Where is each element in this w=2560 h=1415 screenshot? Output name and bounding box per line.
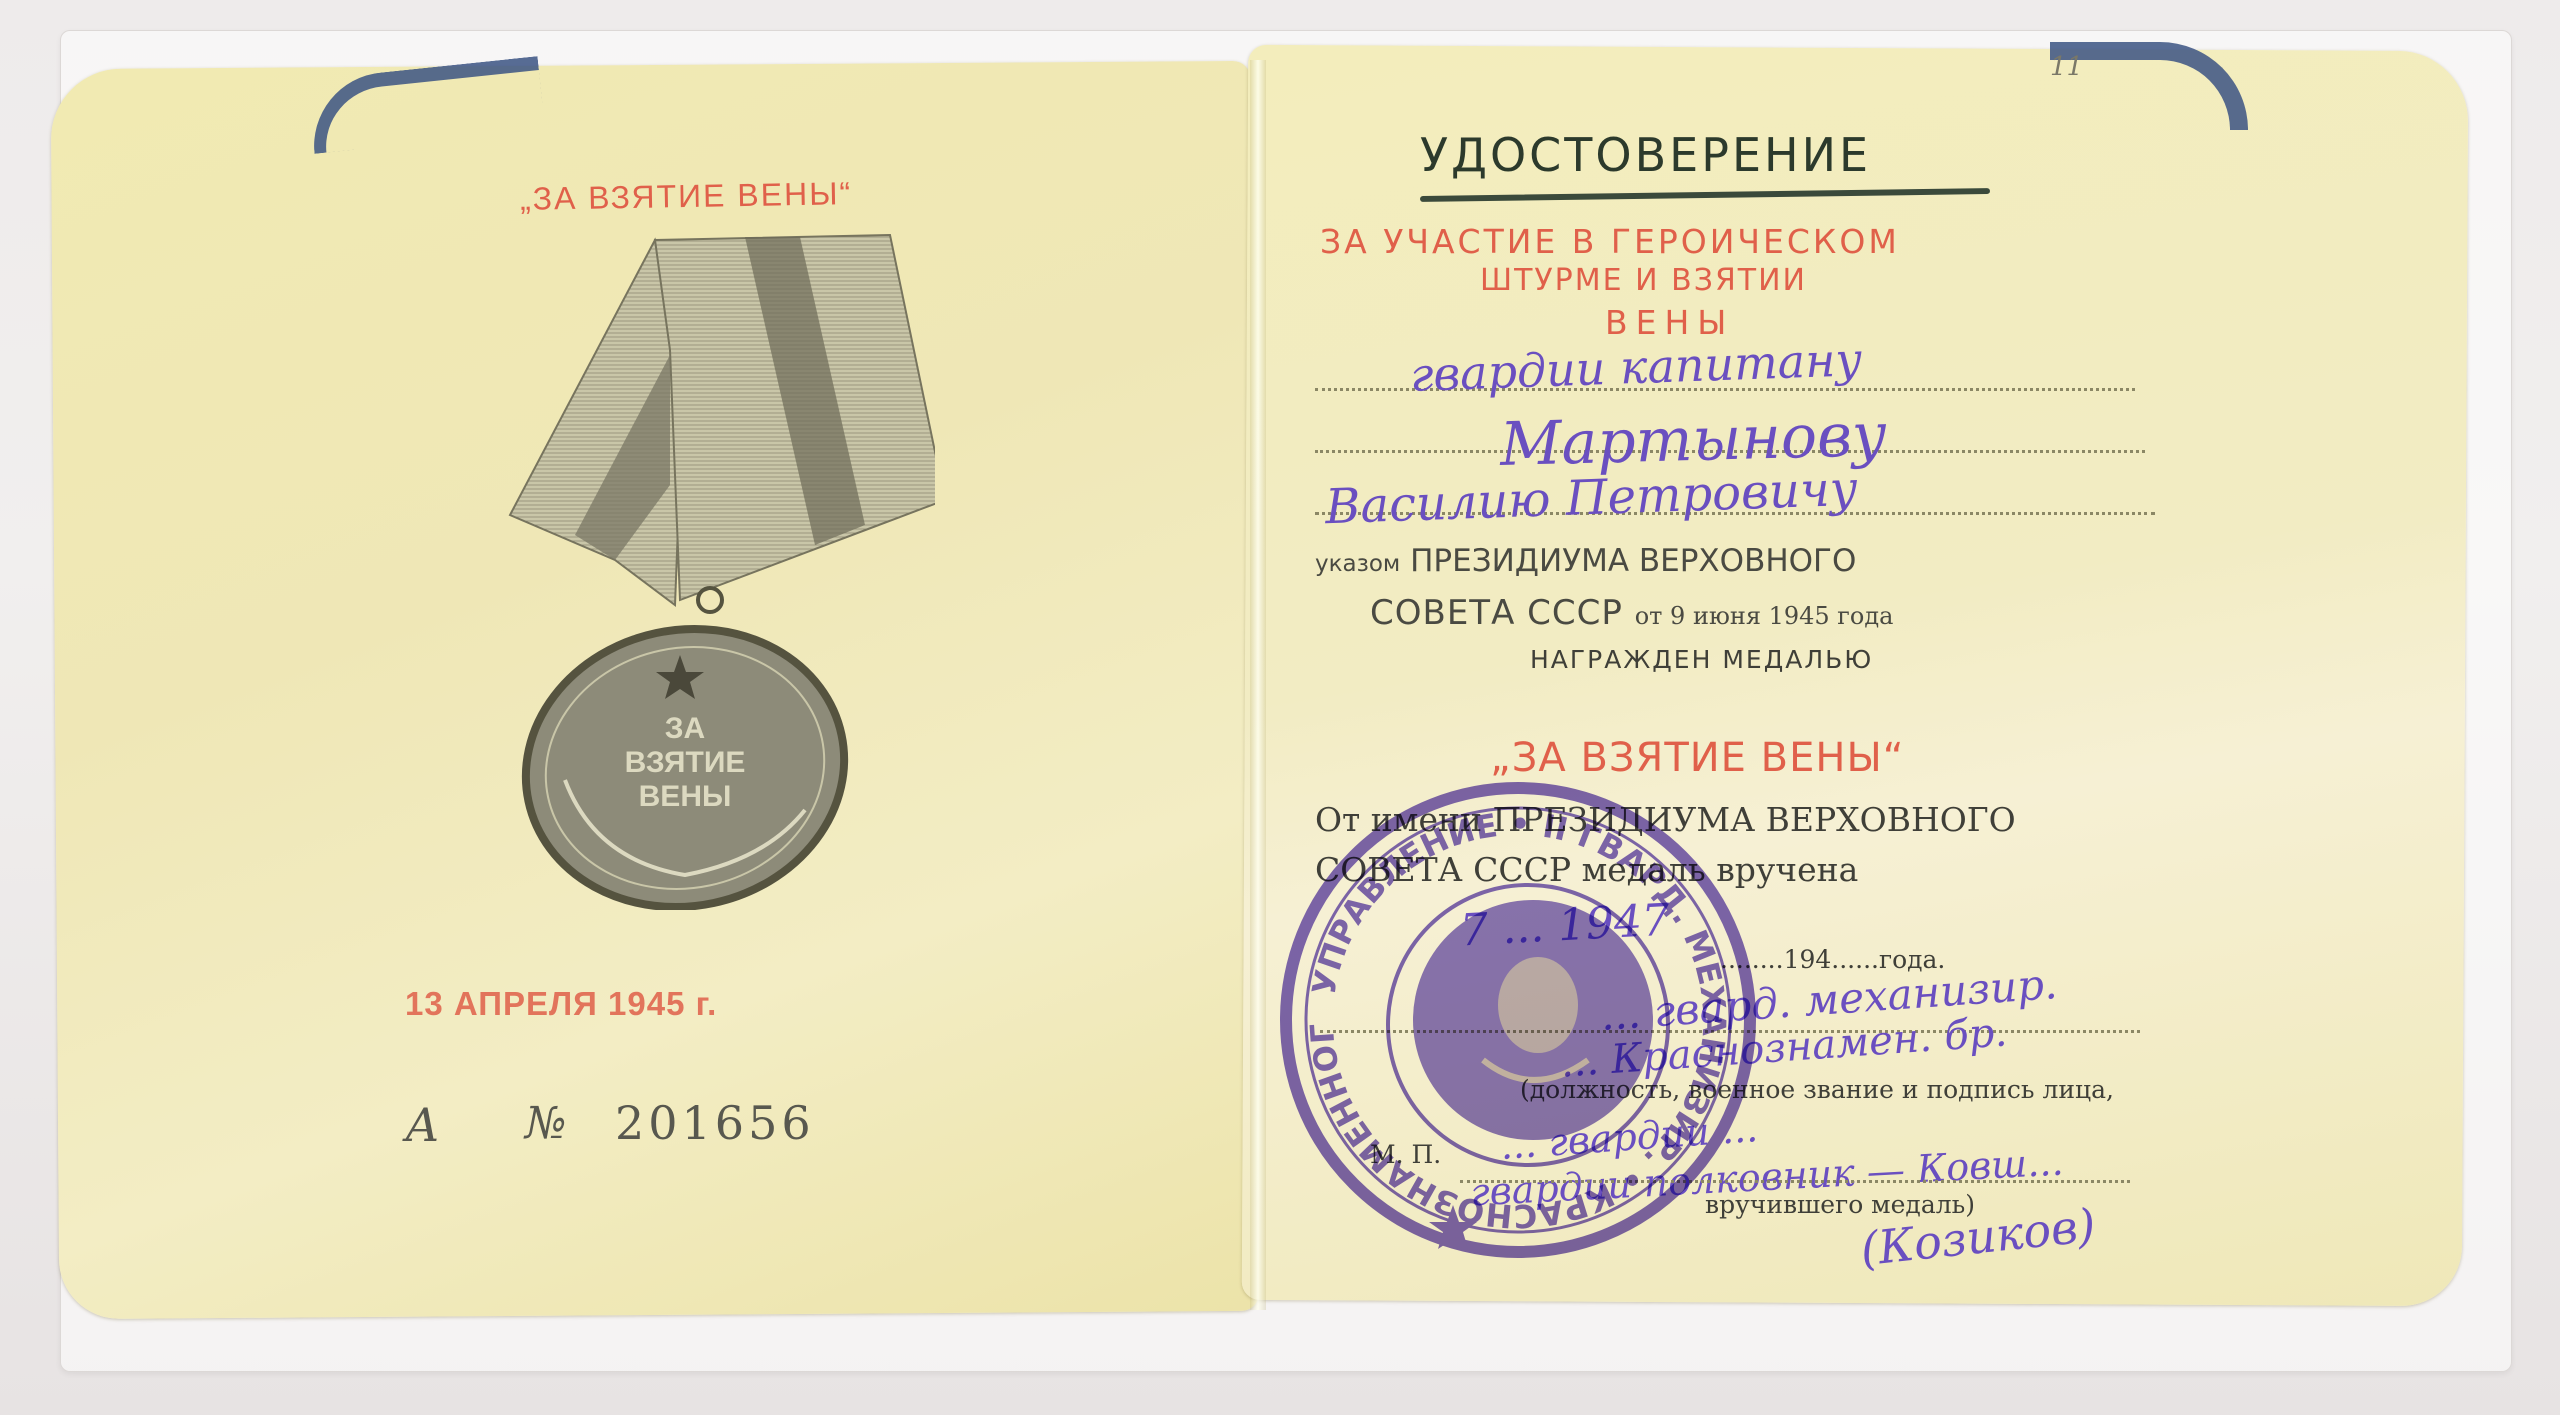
ribbon-illustration (495, 215, 935, 615)
serial-number: 201656 (615, 1096, 815, 1150)
svg-text:ВЕНЫ: ВЕНЫ (639, 780, 732, 813)
subtitle-line-2: ШТУРМЕ И ВЗЯТИИ (1480, 263, 1807, 298)
decree-council: СОВЕТА СССР (1370, 593, 1623, 633)
decree-rest: ПРЕЗИДИУМА ВЕРХОВНОГО (1410, 543, 1856, 579)
series-letter: А (405, 1098, 440, 1152)
medal-illustration: ЗА ВЗЯТИЕ ВЕНЫ (515, 620, 855, 910)
certificate-title: УДОСТОВЕРЕНИЕ (1420, 128, 1871, 182)
page-fold (1250, 60, 1266, 1310)
number-sign: № (525, 1098, 567, 1149)
decree-line-3: НАГРАЖДЕН МЕДАЛЬЮ (1530, 645, 1873, 674)
medal-title: „ЗА ВЗЯТИЕ ВЕНЫ“ (520, 175, 853, 218)
award-date: 13 АПРЕЛЯ 1945 г. (405, 985, 717, 1023)
pencil-mark: 11 (2050, 52, 2083, 82)
subtitle-line-3: ВЕНЫ (1605, 303, 1734, 342)
decree-line-2: СОВЕТА СССР от 9 июня 1945 года (1370, 593, 1893, 633)
svg-text:ВЗЯТИЕ: ВЗЯТИЕ (625, 746, 746, 779)
decree-line-1: указом ПРЕЗИДИУМА ВЕРХОВНОГО (1315, 543, 1856, 579)
decree-date: от 9 июня 1945 года (1635, 602, 1894, 630)
svg-text:ЗА: ЗА (665, 712, 705, 745)
subtitle-line-1: ЗА УЧАСТИЕ В ГЕРОИЧЕСКОМ (1320, 222, 1900, 261)
decree-word: указом (1315, 551, 1400, 577)
official-stamp: УПРАВЛЕНИЕ • II ГВАРД. МЕХАНИЗИР. • КРАС… (1268, 770, 1768, 1270)
